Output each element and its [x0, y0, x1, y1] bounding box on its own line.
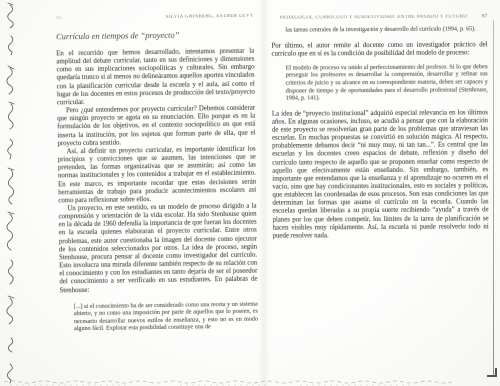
handwritten-annotation [8, 168, 14, 204]
left-page: 86 Silvia Grinberg, Esther Levy Currícul… [56, 13, 259, 342]
left-running-head: Silvia Grinberg, Esther Levy [61, 14, 254, 22]
handwritten-annotation [8, 102, 14, 129]
paragraph: Así, al definir un proyecto curricular, … [58, 145, 257, 205]
page-edge-line [493, 20, 494, 376]
paragraph: La idea de “proyecto institucional” adqu… [272, 109, 489, 241]
right-running-head: Pedagogía, currículo y subjetividad: ent… [271, 14, 476, 20]
paragraph: En el recorrido que hemos desarrollado, … [56, 48, 255, 108]
handwritten-annotation [7, 212, 14, 250]
margin-annotations [0, 0, 30, 386]
section-heading: Currículo en tiempos de “proyecto” [56, 29, 254, 42]
bottom-scan-noise [0, 374, 500, 386]
book-scan: 86 Silvia Grinberg, Esther Levy Currícul… [0, 0, 500, 386]
handwritten-annotation [8, 338, 12, 352]
block-quote: El modelo de proceso va unido al perfecc… [286, 64, 488, 103]
paragraph: Pero ¿qué entendemos por proyecto curric… [57, 105, 256, 149]
right-page-number: 87 [482, 13, 488, 19]
paragraph: Un proyecto, en este sentido, es un mode… [58, 203, 257, 295]
handwritten-annotation [7, 66, 14, 94]
paragraph: Por último, el autor remite al docente c… [271, 41, 487, 59]
right-page-header: Pedagogía, currículo y subjetividad: ent… [271, 13, 487, 20]
left-page-header: 86 Silvia Grinberg, Esther Levy [56, 13, 254, 22]
handwritten-annotation [8, 36, 12, 55]
handwritten-annotation [8, 260, 13, 284]
right-page: Pedagogía, currículo y subjetividad: ent… [271, 13, 488, 240]
carryover-quote: las tareas centrales de la investigación… [285, 26, 487, 35]
handwritten-annotation [8, 3, 14, 28]
handwritten-annotation [8, 139, 13, 159]
block-quote: [...] si el conocimiento ha de ser consi… [74, 301, 258, 334]
handwritten-annotation [7, 296, 14, 324]
gutter-shadow [258, 0, 270, 386]
